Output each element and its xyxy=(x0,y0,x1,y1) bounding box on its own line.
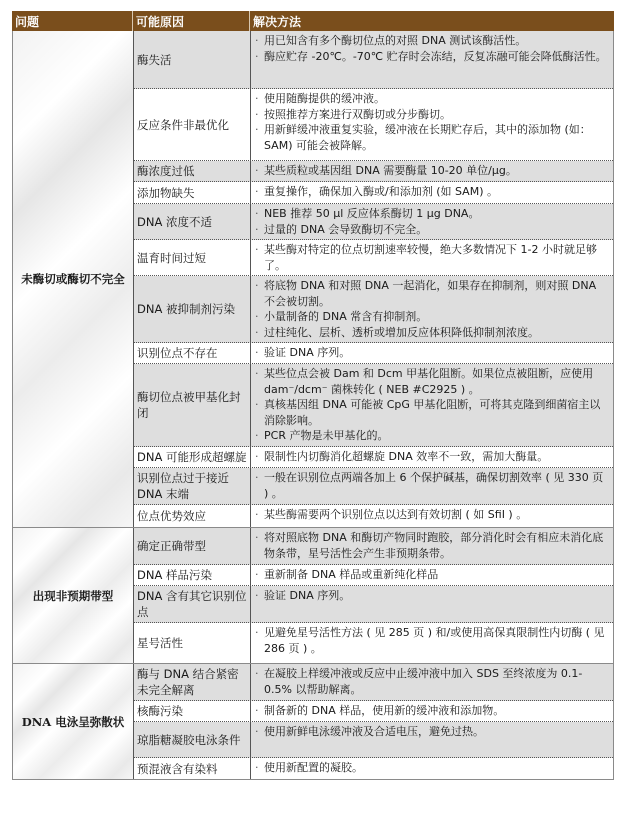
problem-group: 未酶切或酶切不完全酶失活·用已知含有多个酶切位点的对照 DNA 测试该酶活性。·… xyxy=(12,31,614,528)
solution-text: 使用新鲜电泳缓冲液及合适电压，避免过热。 xyxy=(264,724,609,740)
table-row: 反应条件非最优化·使用随酶提供的缓冲液。·按照推荐方案进行双酶切或分步酶切。·用… xyxy=(134,89,613,161)
solution-text: 见避免星号活性方法 ( 见 285 页 ) 和/或使用高保真限制性内切酶 ( 见… xyxy=(264,625,609,656)
table-row: 预混液含有染料·使用新配置的凝胶。 xyxy=(134,758,613,779)
solution-text: 按照推荐方案进行双酶切或分步酶切。 xyxy=(264,107,609,123)
solution-text: 制备新的 DNA 样品，使用新的缓冲液和添加物。 xyxy=(264,703,609,719)
troubleshooting-table: 问题 可能原因 解决方法 未酶切或酶切不完全酶失活·用已知含有多个酶切位点的对照… xyxy=(12,11,614,780)
bullet-icon: · xyxy=(255,470,264,501)
solution-cell: ·将对照底物 DNA 和酶切产物同时跑胶，部分消化时会有相应未消化底物条带，星号… xyxy=(251,528,613,564)
solution-text: 重新制备 DNA 样品或重新纯化样品 xyxy=(264,567,609,583)
solution-item: ·用已知含有多个酶切位点的对照 DNA 测试该酶活性。 xyxy=(255,33,609,49)
solution-item: ·在凝胶上样缓冲液或反应中止缓冲液中加入 SDS 至终浓度为 0.1-0.5% … xyxy=(255,666,609,697)
cause-cell: 确定正确带型 xyxy=(134,528,251,564)
table-row: 核酶污染·制备新的 DNA 样品，使用新的缓冲液和添加物。 xyxy=(134,701,613,722)
cause-cell: 核酶污染 xyxy=(134,701,251,721)
header-problem: 问题 xyxy=(12,11,133,31)
solution-item: ·PCR 产物是未甲基化的。 xyxy=(255,428,609,444)
bullet-icon: · xyxy=(255,325,264,341)
solution-text: 一般在识别位点两端各加上 6 个保护碱基，确保切割效率 ( 见 330 页 ) … xyxy=(264,470,609,501)
solution-item: ·制备新的 DNA 样品，使用新的缓冲液和添加物。 xyxy=(255,703,609,719)
solution-text: 使用新配置的凝胶。 xyxy=(264,760,609,776)
cause-cell: 识别位点不存在 xyxy=(134,343,251,363)
table-row: DNA 样品污染·重新制备 DNA 样品或重新纯化样品 xyxy=(134,565,613,586)
bullet-icon: · xyxy=(255,49,264,65)
bullet-icon: · xyxy=(255,760,264,776)
solution-item: ·某些位点会被 Dam 和 Dcm 甲基化阻断。如果位点被阻断，应使用 dam⁻… xyxy=(255,366,609,397)
table-body: 未酶切或酶切不完全酶失活·用已知含有多个酶切位点的对照 DNA 测试该酶活性。·… xyxy=(12,31,614,780)
table-row: 添加物缺失·重复操作，确保加入酶或/和添加剂 (如 SAM) 。 xyxy=(134,182,613,204)
solution-cell: ·重复操作，确保加入酶或/和添加剂 (如 SAM) 。 xyxy=(251,182,613,203)
solution-cell: ·在凝胶上样缓冲液或反应中止缓冲液中加入 SDS 至终浓度为 0.1-0.5% … xyxy=(251,664,613,700)
cause-cell: DNA 样品污染 xyxy=(134,565,251,585)
table-row: 位点优势效应·某些酶需要两个识别位点以达到有效切割 ( 如 SfiI ) 。 xyxy=(134,505,613,527)
table-row: DNA 含有其它识别位点·验证 DNA 序列。 xyxy=(134,586,613,623)
bullet-icon: · xyxy=(255,724,264,740)
table-row: 酶失活·用已知含有多个酶切位点的对照 DNA 测试该酶活性。·酶应贮存 -20℃… xyxy=(134,31,613,89)
solution-item: ·某些酶需要两个识别位点以达到有效切割 ( 如 SfiI ) 。 xyxy=(255,507,609,523)
cause-cell: 添加物缺失 xyxy=(134,182,251,203)
bullet-icon: · xyxy=(255,625,264,656)
bullet-icon: · xyxy=(255,184,264,200)
cause-cell: 琼脂糖凝胶电泳条件 xyxy=(134,722,251,757)
bullet-icon: · xyxy=(255,33,264,49)
bullet-icon: · xyxy=(255,122,264,153)
bullet-icon: · xyxy=(255,449,264,465)
solution-cell: ·将底物 DNA 和对照 DNA 一起消化，如果存在抑制剂，则对照 DNA 不会… xyxy=(251,276,613,342)
cause-cell: 酶失活 xyxy=(134,31,251,88)
problem-cell: DNA 电泳呈弥散状 xyxy=(13,664,134,779)
solution-cell: ·某些位点会被 Dam 和 Dcm 甲基化阻断。如果位点被阻断，应使用 dam⁻… xyxy=(251,364,613,446)
bullet-icon: · xyxy=(255,666,264,697)
cause-cell: DNA 被抑制剂污染 xyxy=(134,276,251,342)
table-row: 星号活性·见避免星号活性方法 ( 见 285 页 ) 和/或使用高保真限制性内切… xyxy=(134,623,613,663)
problem-label: 出现非预期带型 xyxy=(33,588,114,604)
solution-text: 小量制备的 DNA 常含有抑制剂。 xyxy=(264,309,609,325)
cause-rows: 确定正确带型·将对照底物 DNA 和酶切产物同时跑胶，部分消化时会有相应未消化底… xyxy=(134,528,613,663)
cause-cell: 酶与 DNA 结合紧密未完全解离 xyxy=(134,664,251,700)
table-row: 酶浓度过低·某些质粒或基因组 DNA 需要酶量 10-20 单位/μg。 xyxy=(134,161,613,182)
cause-cell: 预混液含有染料 xyxy=(134,758,251,779)
solution-cell: ·限制性内切酶消化超螺旋 DNA 效率不一致，需加大酶量。 xyxy=(251,447,613,467)
bullet-icon: · xyxy=(255,366,264,397)
cause-cell: 位点优势效应 xyxy=(134,505,251,527)
table-row: 识别位点不存在·验证 DNA 序列。 xyxy=(134,343,613,364)
solution-cell: ·一般在识别位点两端各加上 6 个保护碱基，确保切割效率 ( 见 330 页 )… xyxy=(251,468,613,504)
solution-item: ·某些酶对特定的位点切割速率较慢，绝大多数情况下 1-2 小时就足够了。 xyxy=(255,242,609,273)
solution-text: 酶应贮存 -20℃。-70℃ 贮存时会冻结，反复冻融可能会降低酶活性。 xyxy=(264,49,609,65)
solution-item: ·重新制备 DNA 样品或重新纯化样品 xyxy=(255,567,609,583)
cause-cell: DNA 含有其它识别位点 xyxy=(134,586,251,622)
problem-cell: 未酶切或酶切不完全 xyxy=(13,31,134,527)
solution-text: 过柱纯化、层析、透析或增加反应体积降低抑制剂浓度。 xyxy=(264,325,609,341)
bullet-icon: · xyxy=(255,309,264,325)
table-row: 识别位点过于接近 DNA 末端·一般在识别位点两端各加上 6 个保护碱基，确保切… xyxy=(134,468,613,505)
solution-item: ·见避免星号活性方法 ( 见 285 页 ) 和/或使用高保真限制性内切酶 ( … xyxy=(255,625,609,656)
solution-text: 在凝胶上样缓冲液或反应中止缓冲液中加入 SDS 至终浓度为 0.1-0.5% 以… xyxy=(264,666,609,697)
solution-item: ·小量制备的 DNA 常含有抑制剂。 xyxy=(255,309,609,325)
solution-text: 某些酶对特定的位点切割速率较慢，绝大多数情况下 1-2 小时就足够了。 xyxy=(264,242,609,273)
table-row: DNA 被抑制剂污染·将底物 DNA 和对照 DNA 一起消化，如果存在抑制剂，… xyxy=(134,276,613,343)
header-solution: 解决方法 xyxy=(250,11,614,31)
solution-text: 真核基因组 DNA 可能被 CpG 甲基化阻断，可将其克隆到细菌宿主以消除影响。 xyxy=(264,397,609,428)
cause-rows: 酶失活·用已知含有多个酶切位点的对照 DNA 测试该酶活性。·酶应贮存 -20℃… xyxy=(134,31,613,527)
cause-cell: 星号活性 xyxy=(134,623,251,663)
solution-item: ·一般在识别位点两端各加上 6 个保护碱基，确保切割效率 ( 见 330 页 )… xyxy=(255,470,609,501)
solution-cell: ·使用随酶提供的缓冲液。·按照推荐方案进行双酶切或分步酶切。·用新鲜缓冲液重复实… xyxy=(251,89,613,160)
solution-item: ·验证 DNA 序列。 xyxy=(255,588,609,604)
table-row: 温育时间过短·某些酶对特定的位点切割速率较慢，绝大多数情况下 1-2 小时就足够… xyxy=(134,240,613,276)
solution-cell: ·NEB 推荐 50 μl 反应体系酶切 1 μg DNA。·过量的 DNA 会… xyxy=(251,204,613,239)
problem-label: DNA 电泳呈弥散状 xyxy=(22,714,124,730)
cause-cell: 识别位点过于接近 DNA 末端 xyxy=(134,468,251,504)
solution-item: ·用新鲜缓冲液重复实验，缓冲液在长期贮存后，其中的添加物 (如：SAM) 可能会… xyxy=(255,122,609,153)
bullet-icon: · xyxy=(255,242,264,273)
solution-item: ·使用随酶提供的缓冲液。 xyxy=(255,91,609,107)
solution-cell: ·验证 DNA 序列。 xyxy=(251,586,613,622)
table-row: 琼脂糖凝胶电泳条件·使用新鲜电泳缓冲液及合适电压，避免过热。 xyxy=(134,722,613,758)
cause-cell: 酶浓度过低 xyxy=(134,161,251,181)
problem-cell: 出现非预期带型 xyxy=(13,528,134,663)
bullet-icon: · xyxy=(255,507,264,523)
solution-text: 某些酶需要两个识别位点以达到有效切割 ( 如 SfiI ) 。 xyxy=(264,507,609,523)
bullet-icon: · xyxy=(255,278,264,309)
solution-text: 某些位点会被 Dam 和 Dcm 甲基化阻断。如果位点被阻断，应使用 dam⁻/… xyxy=(264,366,609,397)
solution-text: PCR 产物是未甲基化的。 xyxy=(264,428,609,444)
solution-item: ·真核基因组 DNA 可能被 CpG 甲基化阻断，可将其克隆到细菌宿主以消除影响… xyxy=(255,397,609,428)
solution-cell: ·某些酶需要两个识别位点以达到有效切割 ( 如 SfiI ) 。 xyxy=(251,505,613,527)
bullet-icon: · xyxy=(255,428,264,444)
bullet-icon: · xyxy=(255,703,264,719)
table-row: 确定正确带型·将对照底物 DNA 和酶切产物同时跑胶，部分消化时会有相应未消化底… xyxy=(134,528,613,565)
solution-text: 验证 DNA 序列。 xyxy=(264,345,609,361)
solution-text: 将底物 DNA 和对照 DNA 一起消化，如果存在抑制剂，则对照 DNA 不会被… xyxy=(264,278,609,309)
solution-text: 用已知含有多个酶切位点的对照 DNA 测试该酶活性。 xyxy=(264,33,609,49)
header-cause: 可能原因 xyxy=(133,11,250,31)
table-row: 酶切位点被甲基化封闭·某些位点会被 Dam 和 Dcm 甲基化阻断。如果位点被阻… xyxy=(134,364,613,447)
bullet-icon: · xyxy=(255,588,264,604)
bullet-icon: · xyxy=(255,567,264,583)
bullet-icon: · xyxy=(255,397,264,428)
solution-item: ·使用新配置的凝胶。 xyxy=(255,760,609,776)
cause-cell: 温育时间过短 xyxy=(134,240,251,275)
solution-cell: ·使用新配置的凝胶。 xyxy=(251,758,613,779)
solution-item: ·酶应贮存 -20℃。-70℃ 贮存时会冻结，反复冻融可能会降低酶活性。 xyxy=(255,49,609,65)
solution-item: ·重复操作，确保加入酶或/和添加剂 (如 SAM) 。 xyxy=(255,184,609,200)
solution-item: ·NEB 推荐 50 μl 反应体系酶切 1 μg DNA。 xyxy=(255,206,609,222)
bullet-icon: · xyxy=(255,91,264,107)
solution-cell: ·重新制备 DNA 样品或重新纯化样品 xyxy=(251,565,613,585)
table-row: DNA 可能形成超螺旋·限制性内切酶消化超螺旋 DNA 效率不一致，需加大酶量。 xyxy=(134,447,613,468)
solution-cell: ·某些酶对特定的位点切割速率较慢，绝大多数情况下 1-2 小时就足够了。 xyxy=(251,240,613,275)
solution-text: 使用随酶提供的缓冲液。 xyxy=(264,91,609,107)
solution-item: ·将对照底物 DNA 和酶切产物同时跑胶，部分消化时会有相应未消化底物条带，星号… xyxy=(255,530,609,561)
bullet-icon: · xyxy=(255,206,264,222)
solution-text: 限制性内切酶消化超螺旋 DNA 效率不一致，需加大酶量。 xyxy=(264,449,609,465)
solution-item: ·验证 DNA 序列。 xyxy=(255,345,609,361)
cause-cell: DNA 可能形成超螺旋 xyxy=(134,447,251,467)
solution-cell: ·制备新的 DNA 样品，使用新的缓冲液和添加物。 xyxy=(251,701,613,721)
solution-text: 过量的 DNA 会导致酶切不完全。 xyxy=(264,222,609,238)
problem-group: 出现非预期带型确定正确带型·将对照底物 DNA 和酶切产物同时跑胶，部分消化时会… xyxy=(12,528,614,664)
solution-text: NEB 推荐 50 μl 反应体系酶切 1 μg DNA。 xyxy=(264,206,609,222)
problem-group: DNA 电泳呈弥散状酶与 DNA 结合紧密未完全解离·在凝胶上样缓冲液或反应中止… xyxy=(12,664,614,780)
bullet-icon: · xyxy=(255,163,264,179)
solution-text: 某些质粒或基因组 DNA 需要酶量 10-20 单位/μg。 xyxy=(264,163,609,179)
solution-cell: ·使用新鲜电泳缓冲液及合适电压，避免过热。 xyxy=(251,722,613,757)
solution-item: ·使用新鲜电泳缓冲液及合适电压，避免过热。 xyxy=(255,724,609,740)
bullet-icon: · xyxy=(255,107,264,123)
table-row: DNA 浓度不适·NEB 推荐 50 μl 反应体系酶切 1 μg DNA。·过… xyxy=(134,204,613,240)
solution-cell: ·见避免星号活性方法 ( 见 285 页 ) 和/或使用高保真限制性内切酶 ( … xyxy=(251,623,613,663)
solution-text: 用新鲜缓冲液重复实验，缓冲液在长期贮存后，其中的添加物 (如：SAM) 可能会被… xyxy=(264,122,609,153)
cause-rows: 酶与 DNA 结合紧密未完全解离·在凝胶上样缓冲液或反应中止缓冲液中加入 SDS… xyxy=(134,664,613,779)
bullet-icon: · xyxy=(255,530,264,561)
solution-text: 验证 DNA 序列。 xyxy=(264,588,609,604)
cause-cell: 反应条件非最优化 xyxy=(134,89,251,160)
table-row: 酶与 DNA 结合紧密未完全解离·在凝胶上样缓冲液或反应中止缓冲液中加入 SDS… xyxy=(134,664,613,701)
table-header: 问题 可能原因 解决方法 xyxy=(12,11,614,31)
cause-cell: DNA 浓度不适 xyxy=(134,204,251,239)
bullet-icon: · xyxy=(255,345,264,361)
solution-item: ·限制性内切酶消化超螺旋 DNA 效率不一致，需加大酶量。 xyxy=(255,449,609,465)
bullet-icon: · xyxy=(255,222,264,238)
solution-text: 重复操作，确保加入酶或/和添加剂 (如 SAM) 。 xyxy=(264,184,609,200)
problem-label: 未酶切或酶切不完全 xyxy=(21,271,125,287)
solution-item: ·过柱纯化、层析、透析或增加反应体积降低抑制剂浓度。 xyxy=(255,325,609,341)
solution-item: ·将底物 DNA 和对照 DNA 一起消化，如果存在抑制剂，则对照 DNA 不会… xyxy=(255,278,609,309)
solution-cell: ·验证 DNA 序列。 xyxy=(251,343,613,363)
cause-cell: 酶切位点被甲基化封闭 xyxy=(134,364,251,446)
solution-item: ·按照推荐方案进行双酶切或分步酶切。 xyxy=(255,107,609,123)
solution-item: ·某些质粒或基因组 DNA 需要酶量 10-20 单位/μg。 xyxy=(255,163,609,179)
solution-cell: ·某些质粒或基因组 DNA 需要酶量 10-20 单位/μg。 xyxy=(251,161,613,181)
solution-item: ·过量的 DNA 会导致酶切不完全。 xyxy=(255,222,609,238)
solution-text: 将对照底物 DNA 和酶切产物同时跑胶，部分消化时会有相应未消化底物条带，星号活… xyxy=(264,530,609,561)
solution-cell: ·用已知含有多个酶切位点的对照 DNA 测试该酶活性。·酶应贮存 -20℃。-7… xyxy=(251,31,613,88)
